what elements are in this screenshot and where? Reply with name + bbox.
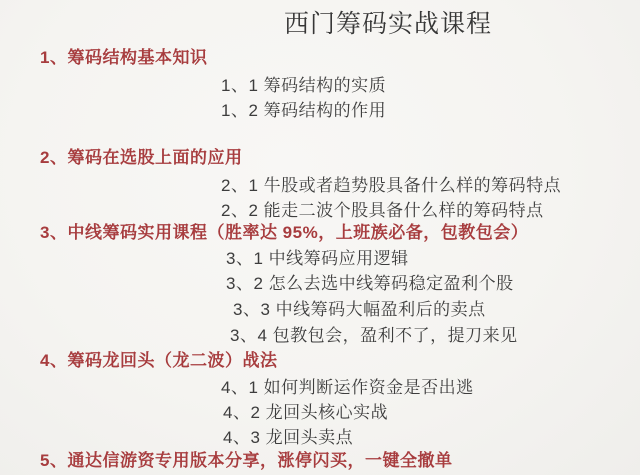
outline-item-4-1: 4、1 如何判断运作资金是否出逃 — [221, 378, 474, 398]
outline-item-3-3: 3、3 中线筹码大幅盈利后的卖点 — [233, 300, 486, 320]
outline-item-4-3: 4、3 龙回头卖点 — [223, 428, 353, 448]
outline-item-2-2: 2、2 能走二波个股具备什么样的筹码特点 — [221, 201, 544, 221]
section-heading-4: 4、筹码龙回头（龙二波）战法 — [40, 351, 277, 371]
section-heading-1: 1、筹码结构基本知识 — [40, 48, 207, 68]
outline-item-1-1: 1、1 筹码结构的实质 — [221, 76, 386, 96]
section-heading-5: 5、通达信游资专用版本分享，涨停闪买，一键全撤单 — [40, 451, 452, 471]
section-heading-3: 3、中线筹码实用课程（胜率达 95%，上班族必备，包教包会） — [40, 223, 528, 243]
course-outline-page: 西门筹码实战课程 1、筹码结构基本知识 1、1 筹码结构的实质 1、2 筹码结构… — [0, 0, 640, 475]
page-title: 西门筹码实战课程 — [0, 4, 640, 40]
outline-item-4-2: 4、2 龙回头核心实战 — [223, 403, 388, 423]
section-heading-2: 2、筹码在选股上面的应用 — [40, 148, 242, 168]
outline-item-3-1: 3、1 中线筹码应用逻辑 — [226, 249, 409, 269]
outline-item-1-2: 1、2 筹码结构的作用 — [221, 101, 386, 121]
outline-item-3-4: 3、4 包教包会，盈利不了，提刀来见 — [230, 326, 518, 346]
outline-item-3-2: 3、2 怎么去选中线筹码稳定盈利个股 — [226, 274, 514, 294]
outline-item-2-1: 2、1 牛股或者趋势股具备什么样的筹码特点 — [221, 176, 561, 196]
